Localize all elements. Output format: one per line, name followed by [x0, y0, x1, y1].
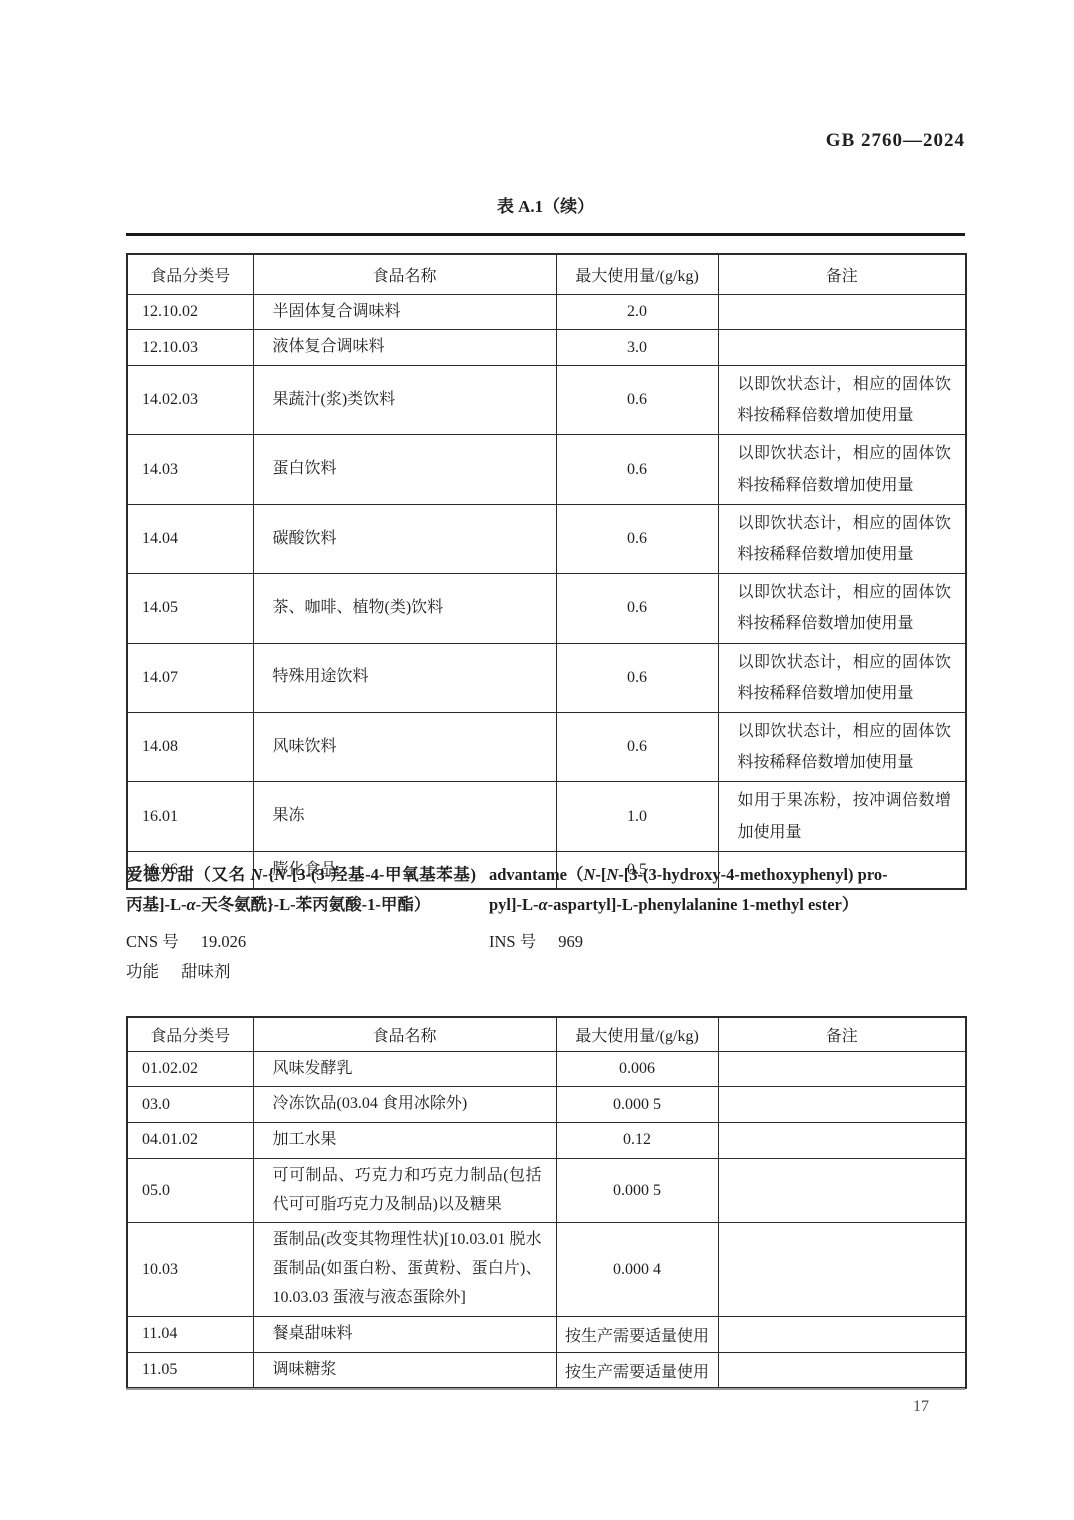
table-row: 14.08 风味饮料 0.6 以即饮状态计，相应的固体饮料按稀释倍数增加使用量: [127, 712, 966, 781]
cell-category-code: 14.04: [127, 504, 253, 573]
cell-category-code: 12.10.02: [127, 294, 253, 330]
cell-food-name: 餐桌甜味料: [253, 1316, 556, 1352]
cell-food-name: 风味饮料: [253, 712, 556, 781]
cell-remark: [718, 294, 966, 330]
cell-remark: [718, 1158, 966, 1223]
cell-max-usage: 3.0: [556, 330, 718, 366]
footer-rule: [126, 1388, 965, 1390]
table2-header-max-usage: 最大使用量/(g/kg): [556, 1017, 718, 1051]
cell-category-code: 14.05: [127, 574, 253, 643]
cns-label: CNS 号: [126, 932, 179, 951]
cell-max-usage: 2.0: [556, 294, 718, 330]
cell-food-name: 液体复合调味料: [253, 330, 556, 366]
cell-max-usage: 0.6: [556, 435, 718, 504]
cell-remark: 以即饮状态计，相应的固体饮料按稀释倍数增加使用量: [718, 712, 966, 781]
table-row: 14.05 茶、咖啡、植物(类)饮料 0.6 以即饮状态计，相应的固体饮料按稀释…: [127, 574, 966, 643]
cns-value: 19.026: [201, 932, 246, 951]
table-row: 12.10.02 半固体复合调味料 2.0: [127, 294, 966, 330]
cell-max-usage: 0.000 4: [556, 1223, 718, 1316]
table1-container: 食品分类号 食品名称 最大使用量/(g/kg) 备注 12.10.02 半固体复…: [126, 253, 967, 890]
cell-max-usage: 1.0: [556, 782, 718, 851]
cell-category-code: 14.08: [127, 712, 253, 781]
table-row: 01.02.02 风味发酵乳 0.006: [127, 1051, 966, 1087]
cell-food-name: 特殊用途饮料: [253, 643, 556, 712]
cell-category-code: 05.0: [127, 1158, 253, 1223]
cell-max-usage: 0.6: [556, 712, 718, 781]
cell-category-code: 10.03: [127, 1223, 253, 1316]
table1: 食品分类号 食品名称 最大使用量/(g/kg) 备注 12.10.02 半固体复…: [126, 253, 967, 890]
cell-remark: [718, 1316, 966, 1352]
cell-category-code: 11.05: [127, 1352, 253, 1388]
document-page: GB 2760—2024 表 A.1（续） 食品分类号 食品名称 最大使用量/(…: [0, 0, 1074, 1520]
cell-remark: 以即饮状态计，相应的固体饮料按稀释倍数增加使用量: [718, 366, 966, 435]
table1-header-category-code: 食品分类号: [127, 254, 253, 294]
cell-food-name: 调味糖浆: [253, 1352, 556, 1388]
cell-category-code: 12.10.03: [127, 330, 253, 366]
table2-header-row: 食品分类号 食品名称 最大使用量/(g/kg) 备注: [127, 1017, 966, 1051]
cell-remark: [718, 1223, 966, 1316]
cell-category-code: 14.03: [127, 435, 253, 504]
table-row: 05.0 可可制品、巧克力和巧克力制品(包括代可可脂巧克力及制品)以及糖果 0.…: [127, 1158, 966, 1223]
cell-remark: [718, 1352, 966, 1388]
ins-group: INS 号969: [489, 927, 583, 957]
table2-container: 食品分类号 食品名称 最大使用量/(g/kg) 备注 01.02.02 风味发酵…: [126, 1016, 967, 1389]
function-value: 甜味剂: [181, 962, 231, 981]
cell-max-usage: 0.6: [556, 643, 718, 712]
table1-header-food-name: 食品名称: [253, 254, 556, 294]
cell-remark: 如用于果冻粉，按冲调倍数增加使用量: [718, 782, 966, 851]
cell-max-usage: 0.006: [556, 1051, 718, 1087]
ins-value: 969: [558, 932, 583, 951]
additive-function-row: 功能甜味剂: [126, 957, 965, 987]
cell-food-name: 茶、咖啡、植物(类)饮料: [253, 574, 556, 643]
cell-max-usage: 0.6: [556, 574, 718, 643]
table-row: 04.01.02 加工水果 0.12: [127, 1123, 966, 1159]
table-row: 14.03 蛋白饮料 0.6 以即饮状态计，相应的固体饮料按稀释倍数增加使用量: [127, 435, 966, 504]
table-row: 10.03 蛋制品(改变其物理性状)[10.03.01 脱水蛋制品(如蛋白粉、蛋…: [127, 1223, 966, 1316]
table-row: 12.10.03 液体复合调味料 3.0: [127, 330, 966, 366]
table1-header-row: 食品分类号 食品名称 最大使用量/(g/kg) 备注: [127, 254, 966, 294]
cell-remark: [718, 1087, 966, 1123]
cell-category-code: 01.02.02: [127, 1051, 253, 1087]
cell-food-name: 冷冻饮品(03.04 食用冰除外): [253, 1087, 556, 1123]
cell-food-name: 果蔬汁(浆)类饮料: [253, 366, 556, 435]
doc-code: GB 2760—2024: [126, 130, 965, 152]
cell-food-name: 蛋白饮料: [253, 435, 556, 504]
table2-header-category-code: 食品分类号: [127, 1017, 253, 1051]
additive-name-zh: 爱德万甜（又名 N-{N-[3-(3-羟基-4-甲氧基苯基)丙基]-L-α-天冬…: [126, 860, 476, 920]
table-row: 16.01 果冻 1.0 如用于果冻粉，按冲调倍数增加使用量: [127, 782, 966, 851]
function-label: 功能: [126, 962, 159, 981]
table1-header-max-usage: 最大使用量/(g/kg): [556, 254, 718, 294]
cell-food-name: 风味发酵乳: [253, 1051, 556, 1087]
ins-label: INS 号: [489, 932, 536, 951]
additive-names: 爱德万甜（又名 N-{N-[3-(3-羟基-4-甲氧基苯基)丙基]-L-α-天冬…: [126, 860, 965, 920]
additive-code-row: CNS 号19.026 INS 号969: [126, 927, 965, 957]
page-number: 17: [126, 1398, 965, 1416]
cell-max-usage: 按生产需要适量使用: [556, 1352, 718, 1388]
cell-remark: [718, 1123, 966, 1159]
cell-food-name: 可可制品、巧克力和巧克力制品(包括代可可脂巧克力及制品)以及糖果: [253, 1158, 556, 1223]
table2-header-food-name: 食品名称: [253, 1017, 556, 1051]
table-row: 14.07 特殊用途饮料 0.6 以即饮状态计，相应的固体饮料按稀释倍数增加使用…: [127, 643, 966, 712]
cell-category-code: 04.01.02: [127, 1123, 253, 1159]
cell-food-name: 半固体复合调味料: [253, 294, 556, 330]
table-row: 14.04 碳酸饮料 0.6 以即饮状态计，相应的固体饮料按稀释倍数增加使用量: [127, 504, 966, 573]
table-row: 11.04 餐桌甜味料 按生产需要适量使用: [127, 1316, 966, 1352]
cell-category-code: 14.02.03: [127, 366, 253, 435]
cell-category-code: 16.01: [127, 782, 253, 851]
table2-header-remark: 备注: [718, 1017, 966, 1051]
cell-remark: [718, 330, 966, 366]
cell-max-usage: 0.12: [556, 1123, 718, 1159]
table-row: 14.02.03 果蔬汁(浆)类饮料 0.6 以即饮状态计，相应的固体饮料按稀释…: [127, 366, 966, 435]
cell-category-code: 11.04: [127, 1316, 253, 1352]
cell-category-code: 14.07: [127, 643, 253, 712]
cell-food-name: 果冻: [253, 782, 556, 851]
cell-category-code: 03.0: [127, 1087, 253, 1123]
cell-max-usage: 0.000 5: [556, 1158, 718, 1223]
cell-remark: 以即饮状态计，相应的固体饮料按稀释倍数增加使用量: [718, 504, 966, 573]
cell-remark: 以即饮状态计，相应的固体饮料按稀释倍数增加使用量: [718, 574, 966, 643]
cell-max-usage: 按生产需要适量使用: [556, 1316, 718, 1352]
cell-remark: 以即饮状态计，相应的固体饮料按稀释倍数增加使用量: [718, 643, 966, 712]
table-row: 03.0 冷冻饮品(03.04 食用冰除外) 0.000 5: [127, 1087, 966, 1123]
additive-section: 爱德万甜（又名 N-{N-[3-(3-羟基-4-甲氧基苯基)丙基]-L-α-天冬…: [126, 860, 965, 987]
table1-header-remark: 备注: [718, 254, 966, 294]
cell-remark: 以即饮状态计，相应的固体饮料按稀释倍数增加使用量: [718, 435, 966, 504]
cell-food-name: 碳酸饮料: [253, 504, 556, 573]
cell-max-usage: 0.6: [556, 366, 718, 435]
heavy-rule-divider: [126, 233, 965, 236]
table2: 食品分类号 食品名称 最大使用量/(g/kg) 备注 01.02.02 风味发酵…: [126, 1016, 967, 1389]
cell-max-usage: 0.000 5: [556, 1087, 718, 1123]
additive-name-en: advantame（N-[N-[3-(3-hydroxy-4-methoxyph…: [489, 860, 965, 920]
table-title: 表 A.1（续）: [126, 192, 965, 217]
cell-food-name: 蛋制品(改变其物理性状)[10.03.01 脱水蛋制品(如蛋白粉、蛋黄粉、蛋白片…: [253, 1223, 556, 1316]
cell-remark: [718, 1051, 966, 1087]
cell-food-name: 加工水果: [253, 1123, 556, 1159]
cell-max-usage: 0.6: [556, 504, 718, 573]
table-row: 11.05 调味糖浆 按生产需要适量使用: [127, 1352, 966, 1388]
